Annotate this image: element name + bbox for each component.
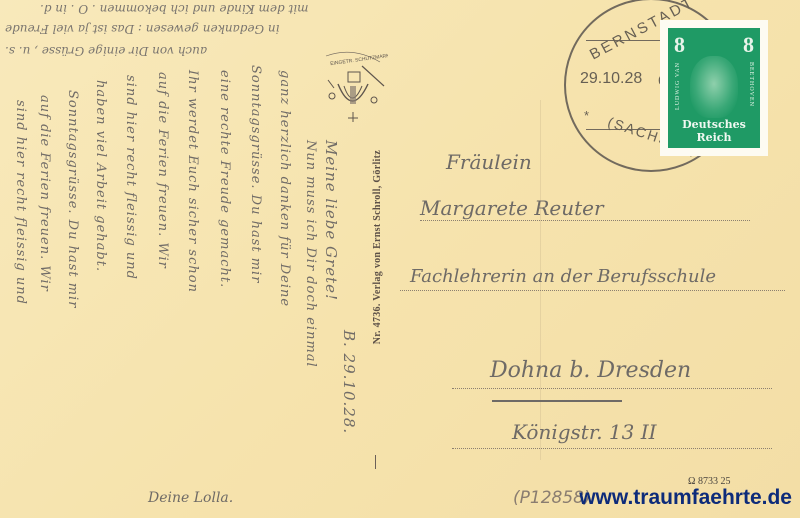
message-line: Sonntagsgrüsse. Du hast mir: [248, 65, 263, 283]
message-upside-line-2: in Gedanken gewesen : Das ist ja viel Fr…: [5, 22, 279, 36]
postmark-date: 29.10.28: [580, 70, 642, 88]
address-line-2: [400, 290, 785, 291]
address-salutation: Fräulein: [446, 150, 532, 174]
address-city: Dohna b. Dresden: [490, 358, 691, 383]
message-line: auf die Ferien freuen. Wir: [155, 72, 170, 269]
watermark-link[interactable]: www.traumfaehrte.de: [579, 486, 792, 510]
stamp-country: Deutsches Reich: [668, 118, 760, 144]
message-line: sind hier recht fleissig und: [13, 100, 28, 305]
stamp-value-left: 8: [674, 32, 685, 58]
address-occupation: Fachlehrerin an der Berufsschule: [410, 266, 716, 287]
message-line: ganz herzlich danken für Deine: [277, 70, 292, 307]
city-underline: [492, 400, 622, 402]
message-line: haben viel Arbeit gehabt.: [93, 80, 108, 272]
message-line: Ihr werdet Euch sicher schon: [185, 70, 200, 293]
postmark-star: *: [584, 108, 589, 123]
message-line: auf die Ferien freuen. Wir: [37, 95, 52, 292]
stamp-face: 8 8 LUDWIG VAN BEETHOVEN Deutsches Reich: [668, 28, 760, 148]
message-line: sind hier recht fleissig und: [123, 75, 138, 280]
message-upside-line-1: mit dem Kinde und ich bekommen . O . in …: [40, 2, 308, 16]
divider-line: [375, 455, 376, 469]
postage-stamp: 8 8 LUDWIG VAN BEETHOVEN Deutsches Reich: [660, 20, 768, 156]
stamp-caption-left: LUDWIG VAN: [675, 62, 681, 110]
svg-text:EINGETR. SCHUTZMARKE: EINGETR. SCHUTZMARKE: [330, 52, 388, 67]
address-line-3: [452, 388, 772, 389]
address-street: Königstr. 13 II: [512, 420, 657, 444]
address-name: Margarete Reuter: [420, 196, 604, 220]
stamp-value-right: 8: [743, 32, 754, 58]
address-line-4: [452, 448, 772, 449]
message-date: B. 29.10.28.: [340, 330, 358, 434]
message-line: eine rechte Freude gemacht.: [217, 70, 232, 288]
signature: Deine Lolla.: [148, 490, 233, 506]
message-upside-line-3: auch von Dir einige Grüsse , u. s.: [5, 44, 207, 58]
message-greeting: Meine liebe Grete!: [322, 140, 340, 301]
beethoven-portrait-icon: [690, 56, 738, 118]
stamp-caption-right: BEETHOVEN: [748, 62, 754, 107]
postcard-back: mit dem Kinde und ich bekommen . O . in …: [0, 0, 800, 518]
publisher-imprint: Nr. 4736. Verlag von Ernst Schroll, Görl…: [372, 150, 383, 344]
message-line: Nun muss ich Dir doch einmal: [303, 140, 318, 368]
message-line: Sonntagsgrüsse. Du hast mir: [65, 90, 80, 308]
publisher-logo-icon: EINGETR. SCHUTZMARKE: [318, 48, 388, 128]
address-line-1: [420, 220, 750, 221]
